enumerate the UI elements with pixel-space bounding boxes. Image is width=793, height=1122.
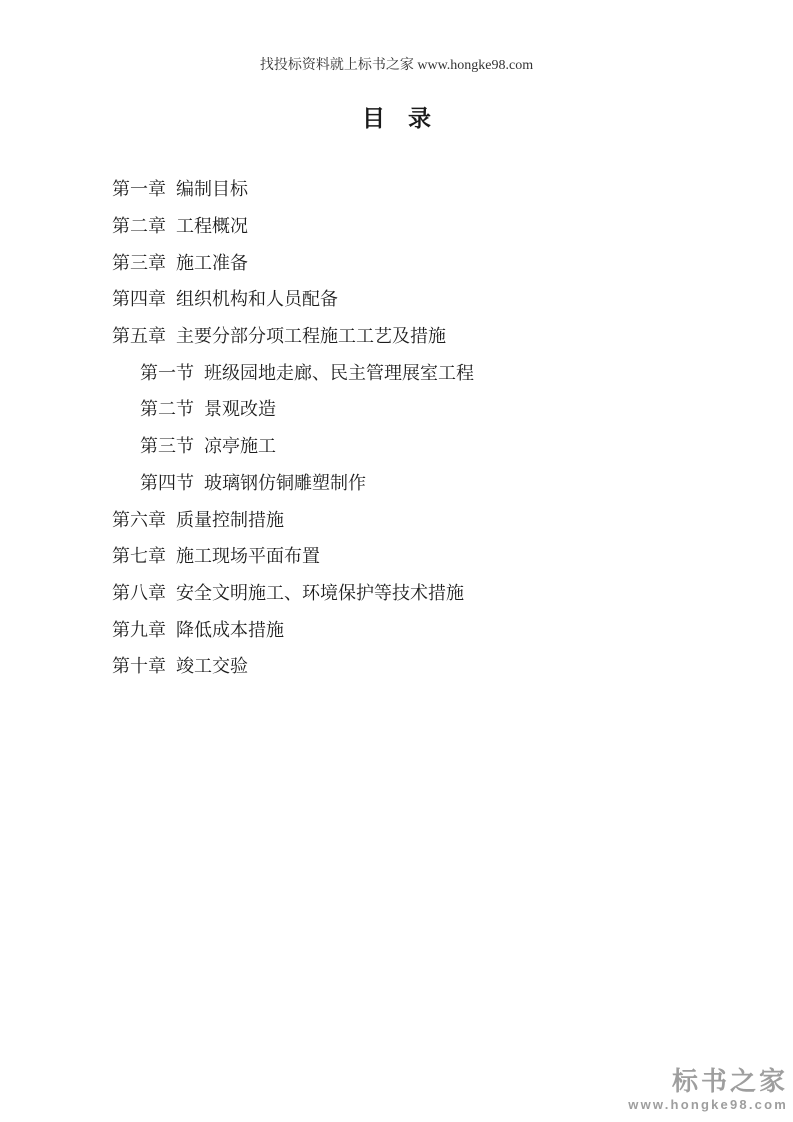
toc-item-label: 班级园地走廊、民主管理展室工程 [204, 359, 474, 385]
toc-item-number: 第四章 [112, 285, 166, 311]
toc-item: 第六章 质量控制措施 [112, 500, 712, 537]
toc-item-label: 降低成本措施 [176, 616, 284, 642]
document-page: 找投标资料就上标书之家 www.hongke98.com 目 录 第一章 编制目… [0, 0, 793, 1122]
watermark: 标书之家 www.hongke98.com [628, 1068, 788, 1112]
toc-item-label: 施工现场平面布置 [176, 542, 320, 568]
toc-item-label: 安全文明施工、环境保护等技术措施 [176, 579, 464, 605]
toc-item-label: 景观改造 [204, 395, 276, 421]
watermark-url: www.hongke98.com [628, 1097, 788, 1112]
toc-item-label: 凉亭施工 [204, 432, 276, 458]
toc-item: 第一章 编制目标 [112, 170, 712, 207]
toc-item-number: 第六章 [112, 506, 166, 532]
toc-item: 第七章 施工现场平面布置 [112, 537, 712, 574]
toc-item-label: 质量控制措施 [176, 506, 284, 532]
toc-item-label: 主要分部分项工程施工工艺及措施 [176, 322, 446, 348]
header-site-notice: 找投标资料就上标书之家 www.hongke98.com [0, 54, 793, 74]
toc-item: 第四章 组织机构和人员配备 [112, 280, 712, 317]
toc-item: 第四节 玻璃钢仿铜雕塑制作 [140, 464, 712, 501]
toc-item-label: 竣工交验 [176, 652, 248, 678]
toc-item-number: 第七章 [112, 542, 166, 568]
toc-item-label: 玻璃钢仿铜雕塑制作 [204, 469, 366, 495]
toc-item-number: 第二节 [140, 395, 194, 421]
toc-item: 第三章 施工准备 [112, 243, 712, 280]
toc-item-number: 第八章 [112, 579, 166, 605]
toc-item-label: 工程概况 [176, 212, 248, 238]
toc-item-number: 第九章 [112, 616, 166, 642]
toc-item-label: 编制目标 [176, 175, 248, 201]
toc-item-number: 第五章 [112, 322, 166, 348]
toc-item-number: 第一节 [140, 359, 194, 385]
toc-item: 第八章 安全文明施工、环境保护等技术措施 [112, 574, 712, 611]
toc-item-number: 第十章 [112, 652, 166, 678]
watermark-brand-logo: 标书之家 [628, 1068, 788, 1094]
toc-item: 第二节 景观改造 [140, 390, 712, 427]
toc-item-number: 第四节 [140, 469, 194, 495]
toc-item-number: 第二章 [112, 212, 166, 238]
toc-item: 第三节 凉亭施工 [140, 427, 712, 464]
toc-item: 第二章 工程概况 [112, 207, 712, 244]
toc-item-number: 第一章 [112, 175, 166, 201]
toc-item: 第一节 班级园地走廊、民主管理展室工程 [140, 353, 712, 390]
toc-item: 第九章 降低成本措施 [112, 610, 712, 647]
toc-item: 第五章 主要分部分项工程施工工艺及措施 [112, 317, 712, 354]
page-title: 目 录 [0, 100, 793, 133]
toc-item-label: 施工准备 [176, 249, 248, 275]
table-of-contents: 第一章 编制目标 第二章 工程概况 第三章 施工准备 第四章 组织机构和人员配备… [112, 170, 712, 684]
toc-item-number: 第三章 [112, 249, 166, 275]
toc-item: 第十章 竣工交验 [112, 647, 712, 684]
toc-item-number: 第三节 [140, 432, 194, 458]
toc-item-label: 组织机构和人员配备 [176, 285, 338, 311]
